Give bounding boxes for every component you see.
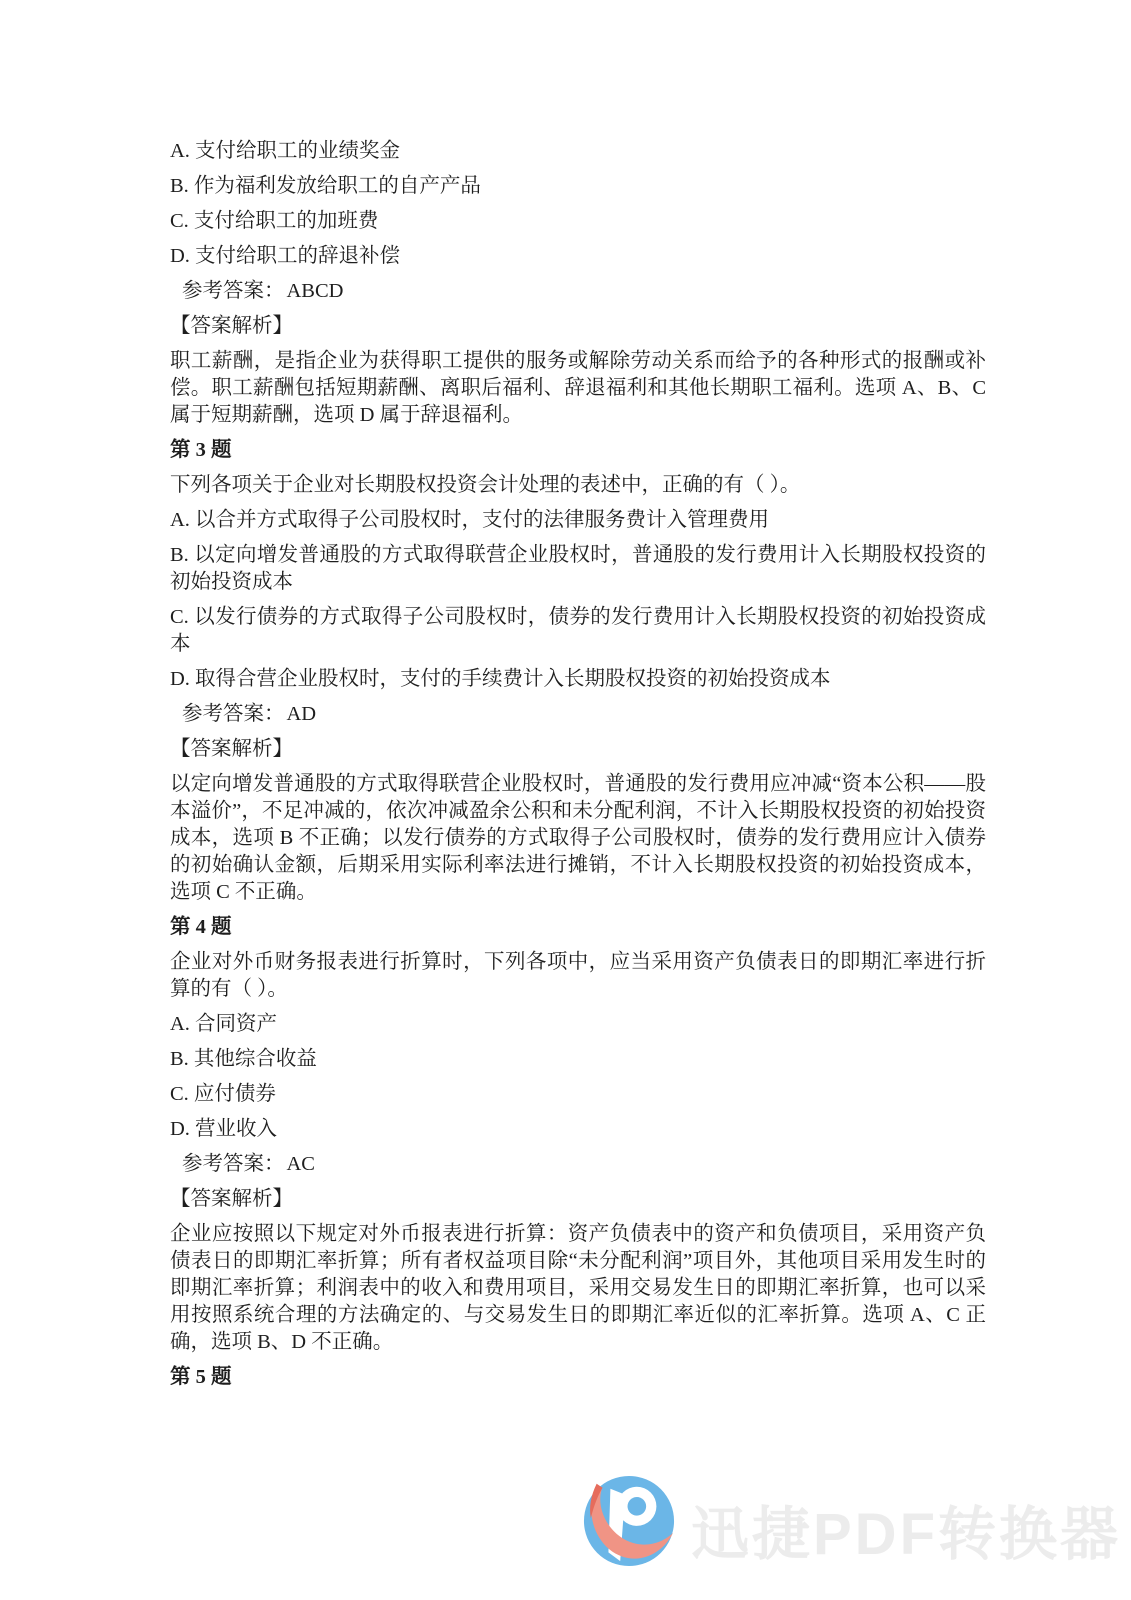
question-title: 第 5 题 xyxy=(170,1364,986,1391)
logo-p-counter xyxy=(628,1497,647,1516)
option-c: C. 支付给职工的加班费 xyxy=(170,208,986,235)
question-3-block: 第 3 题 下列各项关于企业对长期股权投资会计处理的表述中，正确的有（ ）。 A… xyxy=(170,437,986,906)
reference-answer-label: 参考答案： xyxy=(182,280,285,302)
reference-answer: 参考答案：ABCD xyxy=(170,278,986,305)
option-c: C. 以发行债券的方式取得子公司股权时，债券的发行费用计入长期股权投资的初始投资… xyxy=(170,604,986,658)
option-b: B. 其他综合收益 xyxy=(170,1046,986,1073)
analysis-text: 以定向增发普通股的方式取得联营企业股权时，普通股的发行费用应冲减“资本公积——股… xyxy=(170,771,986,906)
option-b: B. 以定向增发普通股的方式取得联营企业股权时，普通股的发行费用计入长期股权投资… xyxy=(170,542,986,596)
analysis-header: 【答案解析】 xyxy=(170,736,986,763)
option-b: B. 作为福利发放给职工的自产产品 xyxy=(170,173,986,200)
analysis-header: 【答案解析】 xyxy=(170,313,986,340)
watermark-brand-text: 迅捷PDF转换器 xyxy=(691,1487,1121,1571)
option-a: A. 支付给职工的业绩奖金 xyxy=(170,138,986,165)
reference-answer-value: ABCD xyxy=(285,280,344,302)
option-d: D. 支付给职工的辞退补偿 xyxy=(170,243,986,270)
watermark: 迅捷PDF转换器 xyxy=(582,1474,1121,1568)
option-d: D. 取得合营企业股权时，支付的手续费计入长期股权投资的初始投资成本 xyxy=(170,666,986,693)
analysis-text: 职工薪酬，是指企业为获得职工提供的服务或解除劳动关系而给予的各种形式的报酬或补偿… xyxy=(170,348,986,429)
question-title: 第 4 题 xyxy=(170,914,986,941)
reference-answer-label: 参考答案： xyxy=(182,1153,285,1175)
option-c: C. 应付债券 xyxy=(170,1081,986,1108)
xunjie-pdf-logo-icon xyxy=(582,1474,676,1568)
reference-answer: 参考答案：AD xyxy=(170,701,986,728)
question-4-block: 第 4 题 企业对外币财务报表进行折算时，下列各项中，应当采用资产负债表日的即期… xyxy=(170,914,986,1356)
option-d: D. 营业收入 xyxy=(170,1116,986,1143)
document-content: A. 支付给职工的业绩奖金 B. 作为福利发放给职工的自产产品 C. 支付给职工… xyxy=(170,138,986,1399)
document-page: A. 支付给职工的业绩奖金 B. 作为福利发放给职工的自产产品 C. 支付给职工… xyxy=(0,0,1131,1600)
question-2-block: A. 支付给职工的业绩奖金 B. 作为福利发放给职工的自产产品 C. 支付给职工… xyxy=(170,138,986,429)
question-title: 第 3 题 xyxy=(170,437,986,464)
analysis-text: 企业应按照以下规定对外币报表进行折算：资产负债表中的资产和负债项目，采用资产负债… xyxy=(170,1221,986,1356)
question-stem: 企业对外币财务报表进行折算时，下列各项中，应当采用资产负债表日的即期汇率进行折算… xyxy=(170,949,986,1003)
reference-answer-value: AC xyxy=(285,1153,315,1175)
question-stem: 下列各项关于企业对长期股权投资会计处理的表述中，正确的有（ ）。 xyxy=(170,472,986,499)
question-5-block: 第 5 题 xyxy=(170,1364,986,1391)
reference-answer: 参考答案：AC xyxy=(170,1151,986,1178)
reference-answer-label: 参考答案： xyxy=(182,703,285,725)
option-a: A. 以合并方式取得子公司股权时，支付的法律服务费计入管理费用 xyxy=(170,507,986,534)
analysis-header: 【答案解析】 xyxy=(170,1186,986,1213)
reference-answer-value: AD xyxy=(285,703,317,725)
option-a: A. 合同资产 xyxy=(170,1011,986,1038)
